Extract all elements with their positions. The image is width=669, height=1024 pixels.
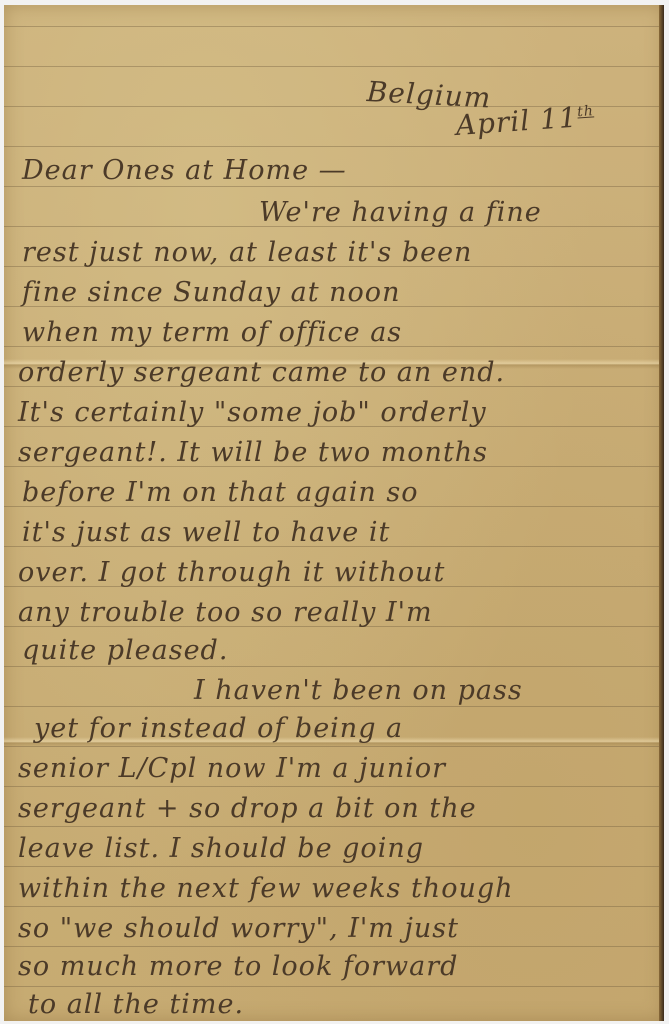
letter-line: any trouble too so really I'm [18,597,433,628]
letter-page: Belgium April 11th Dear Ones at Home — W… [4,5,664,1021]
letter-salutation: Dear Ones at Home — [22,155,347,186]
letter-line: to all the time. [28,989,244,1020]
letter-line: sergeant + so drop a bit on the [18,793,477,824]
letter-line: leave list. I should be going [18,833,424,864]
letter-line: I haven't been on pass [194,675,523,706]
letter-line: fine since Sunday at noon [22,277,400,308]
letter-line: orderly sergeant came to an end. [18,357,505,388]
scan-frame: Belgium April 11th Dear Ones at Home — W… [0,0,669,1024]
letter-line: before I'm on that again so [22,477,418,508]
letter-line: senior L/Cpl now I'm a junior [18,753,446,784]
letter-line: sergeant!. It will be two months [18,437,488,468]
letter-line: quite pleased. [22,635,228,666]
letter-line: It's certainly "some job" orderly [18,397,487,428]
letter-line: rest just now, at least it's been [22,237,472,268]
letter-line: so much more to look forward [18,951,458,982]
letter-line: so "we should worry", I'm just [18,913,459,944]
page-edge-shadow [659,5,664,1021]
letter-line: when my term of office as [22,317,402,348]
letter-line: over. I got through it without [18,557,445,588]
letter-line: We're having a fine [259,197,542,228]
letter-line: it's just as well to have it [22,517,390,548]
letter-line: yet for instead of being a [34,713,403,744]
letter-line: within the next few weeks though [18,873,514,904]
